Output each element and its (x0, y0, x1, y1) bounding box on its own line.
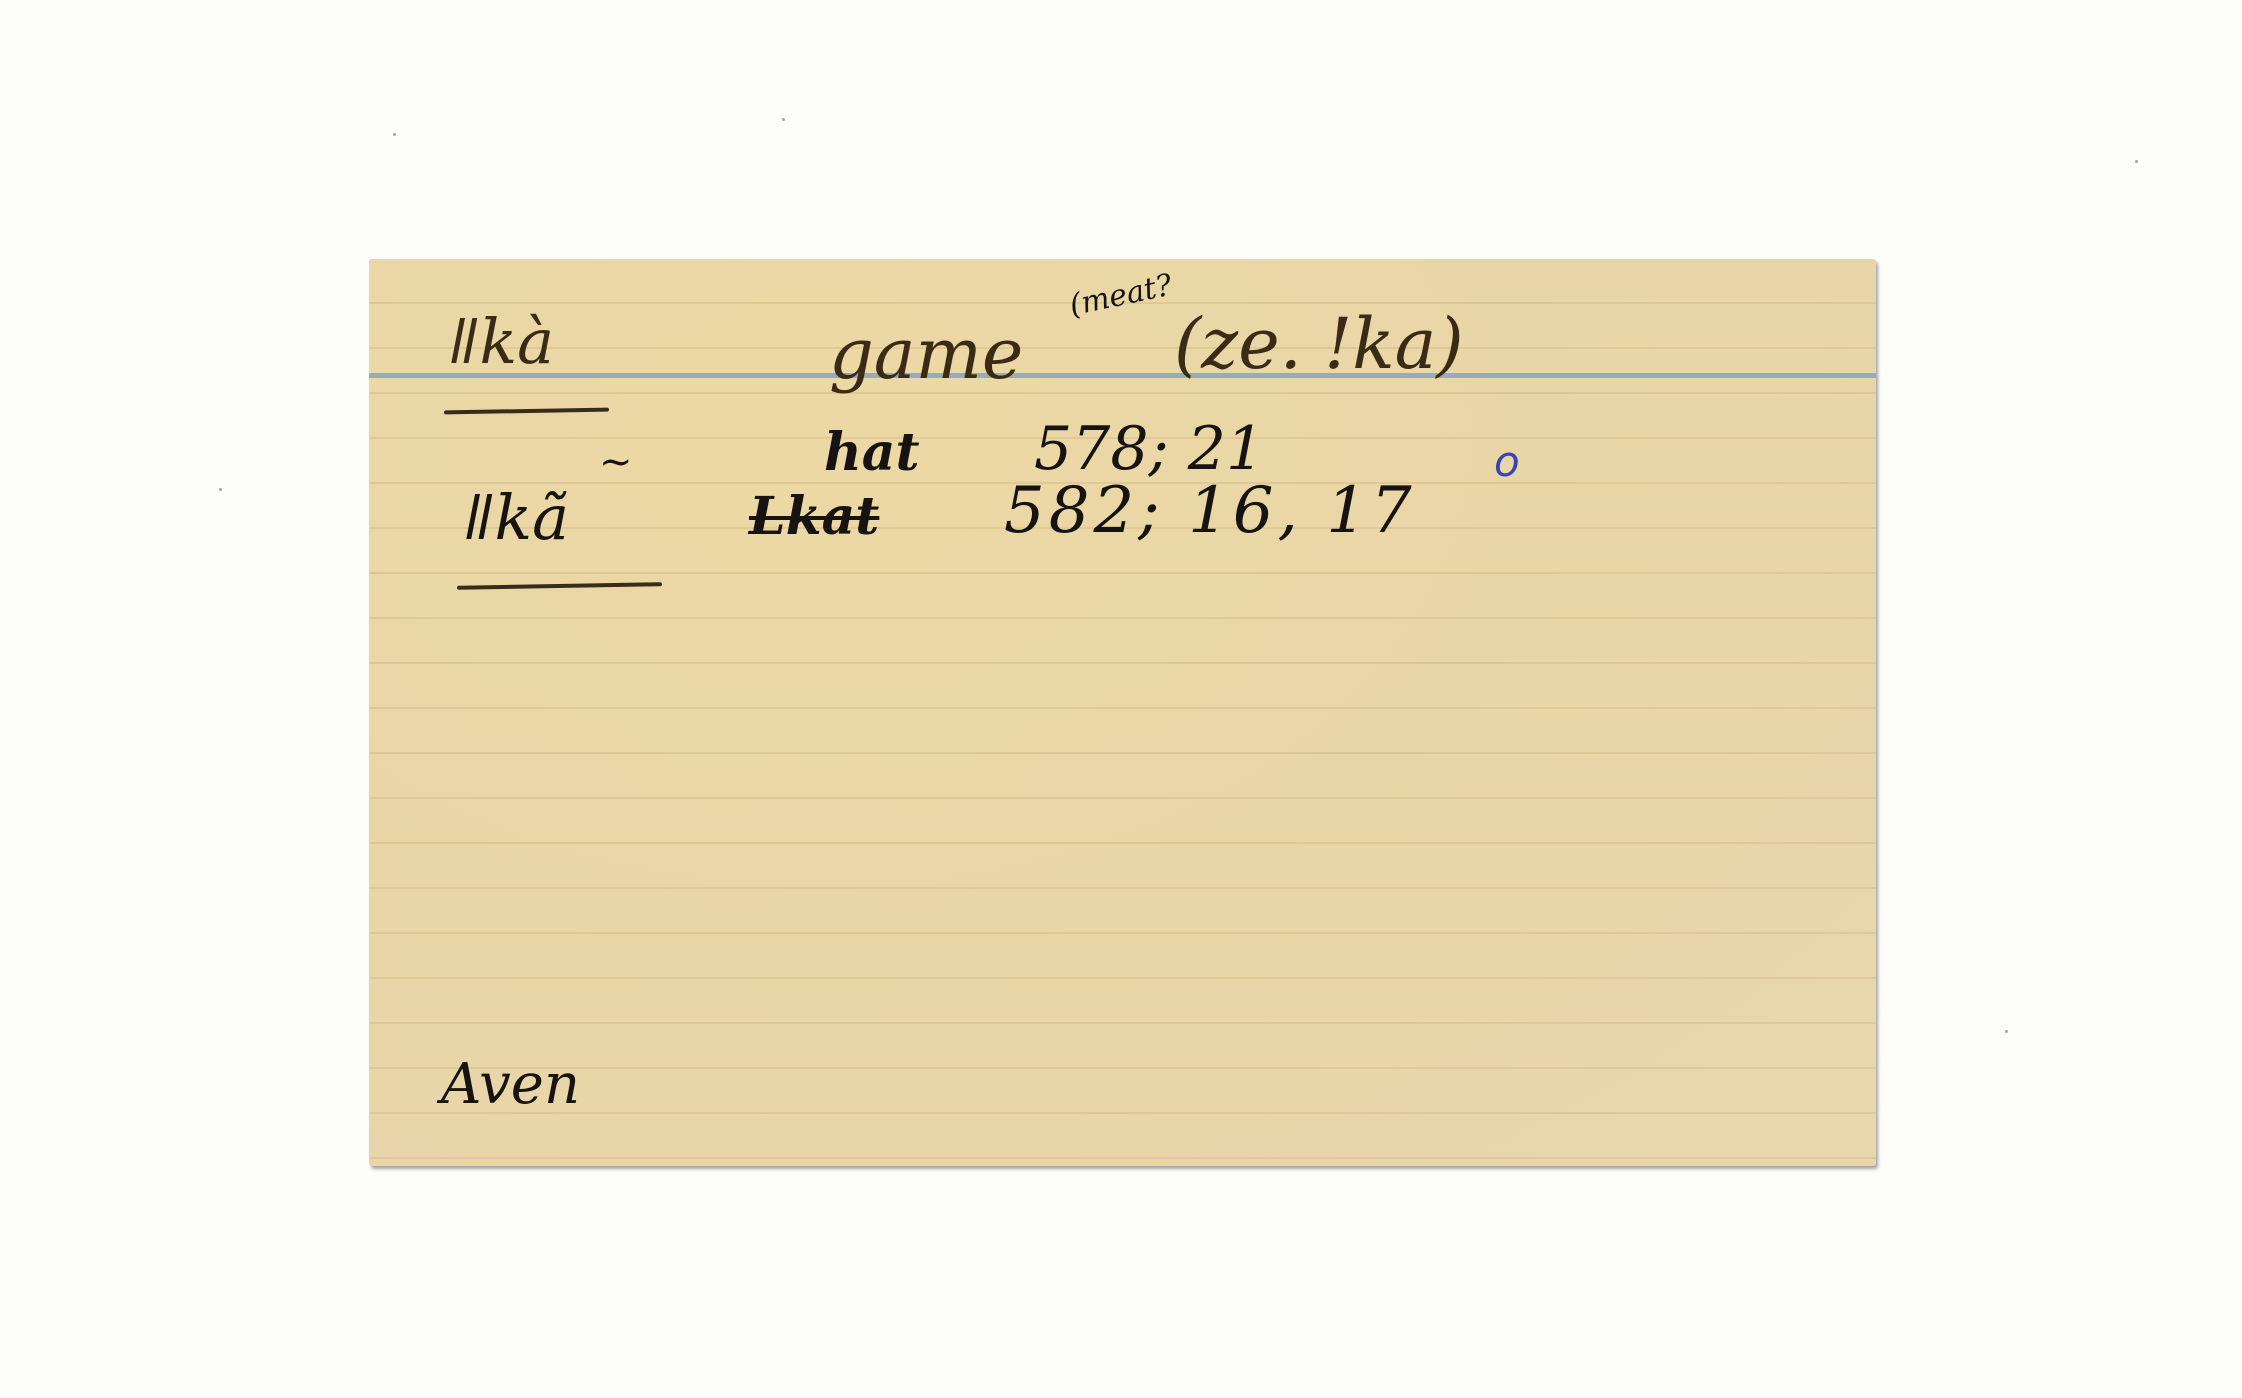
entry-1-gloss-superscript: (meat? (1067, 271, 1175, 322)
entry-2-references-line2: 582; 16, 17 (1004, 479, 1416, 543)
entry-1-note: (ze. !ka) (1174, 309, 1464, 379)
dust-speck (782, 118, 785, 121)
entry-2-references-line1: 578; 21 (1034, 419, 1264, 479)
entry-2-underline (457, 582, 662, 590)
entry-2-headword: ǁkã (464, 487, 569, 549)
dust-speck (393, 133, 396, 136)
blue-header-rule (369, 373, 1876, 378)
entry-2-struck-text: Lkat (749, 491, 879, 543)
dust-speck (2005, 1030, 2008, 1033)
entry-2-tilde-mark: ~ (599, 439, 633, 485)
entry-1-headword: ǁkà (449, 311, 554, 373)
entry-2-inserted-text: hat (824, 427, 920, 479)
entry-1-gloss: game (829, 319, 1023, 389)
blue-annotation-mark: o (1494, 437, 1520, 486)
entry-1-underline (444, 408, 609, 415)
dust-speck (2135, 160, 2138, 163)
dust-speck (219, 488, 222, 491)
index-card: ǁkà game (meat? (ze. !ka) hat 578; 21 o … (369, 259, 1876, 1166)
signature: Aven (441, 1057, 580, 1113)
